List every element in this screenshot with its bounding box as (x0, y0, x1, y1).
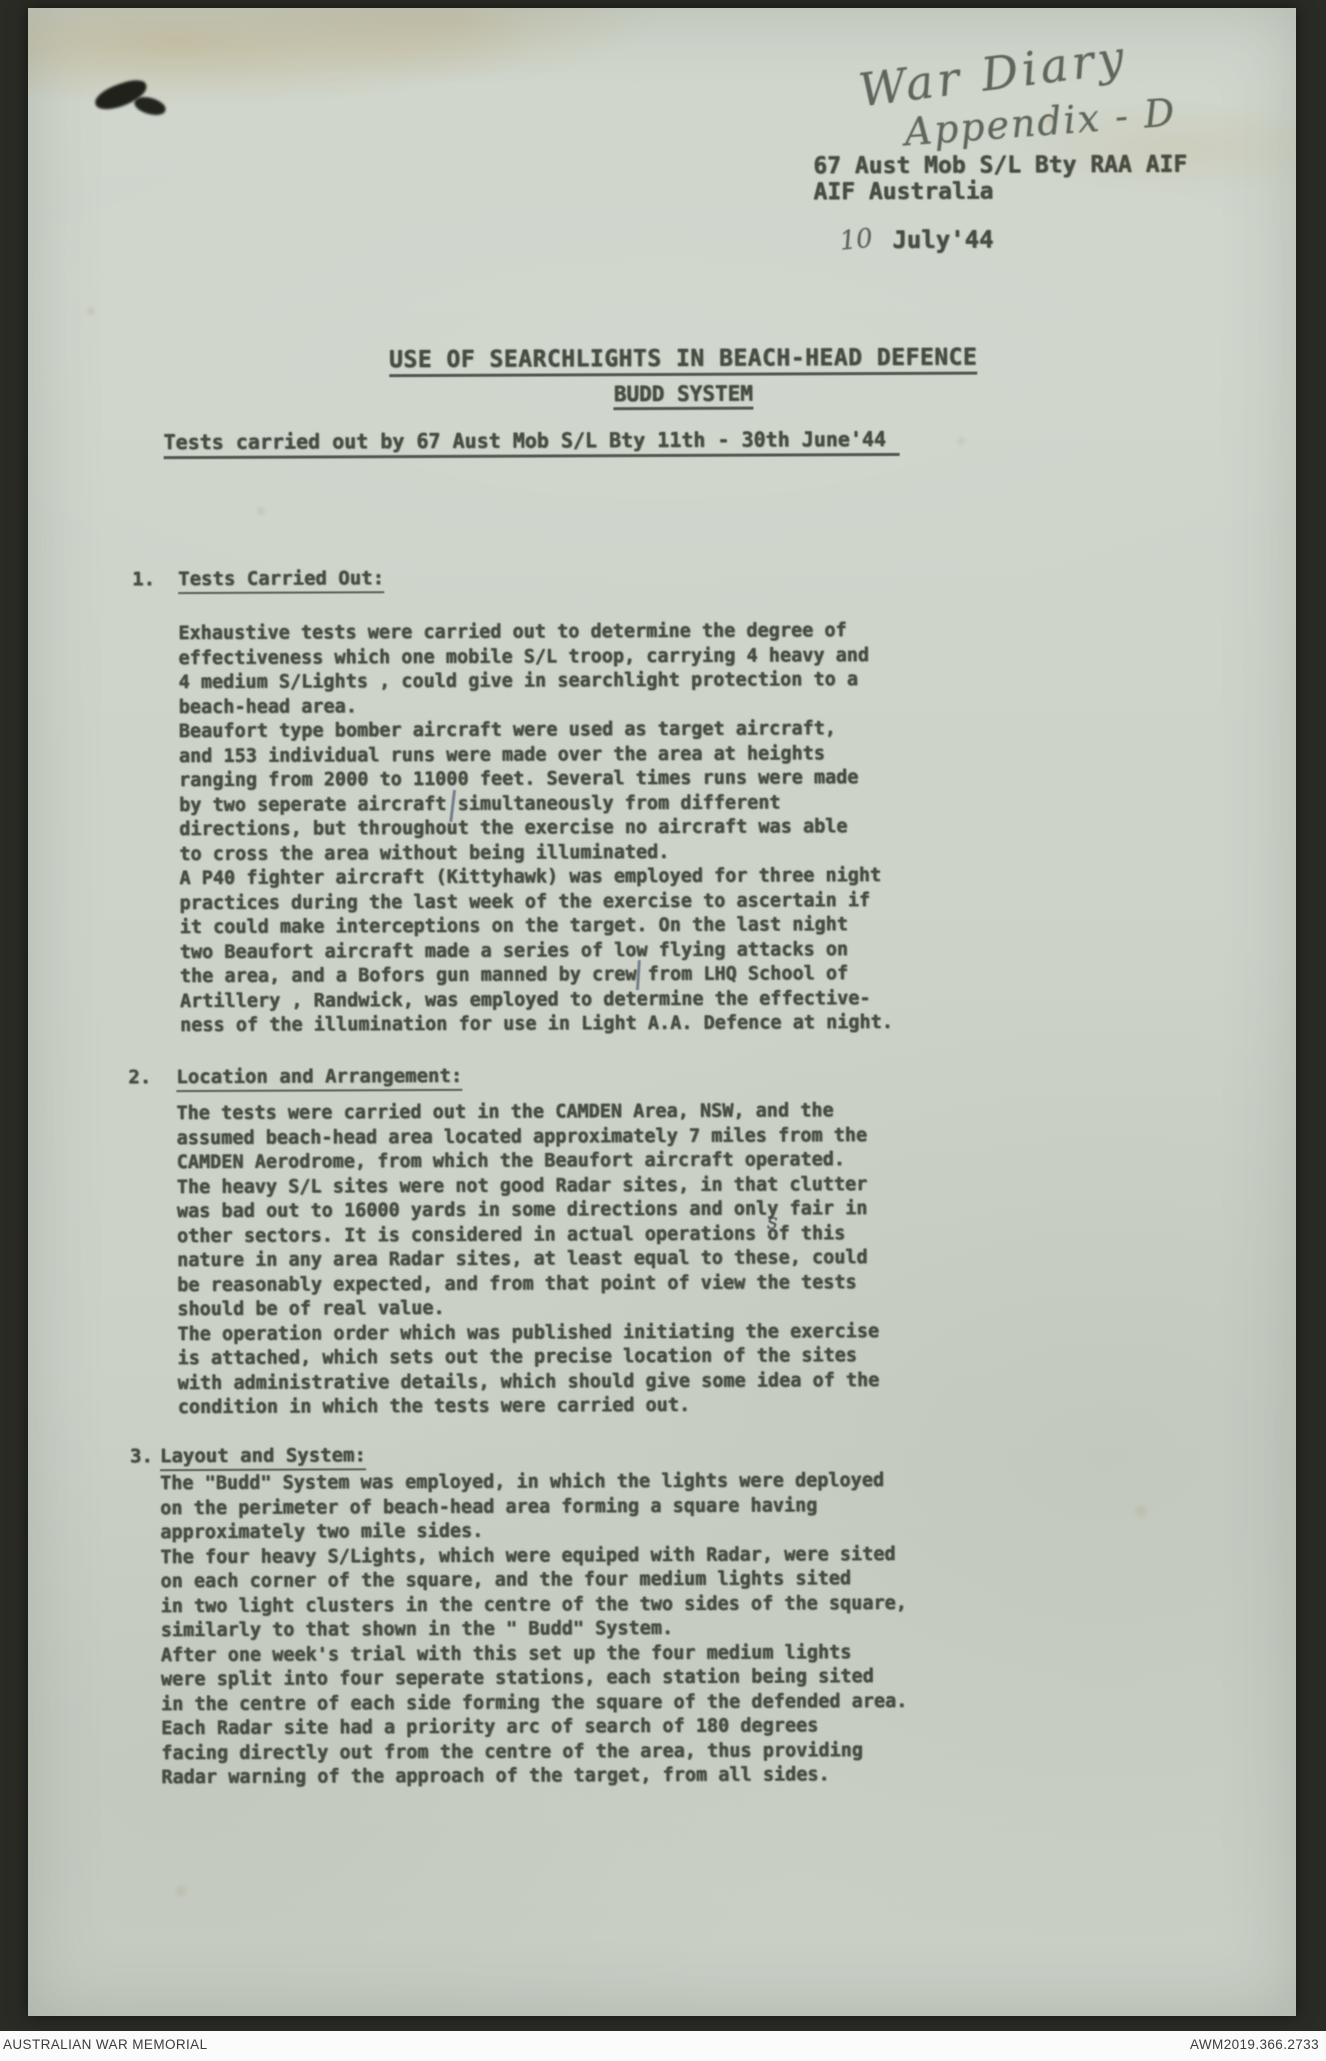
document-subtitle: Tests carried out by 67 Aust Mob S/L Bty… (164, 427, 901, 459)
section-heading: Layout and System: (160, 1444, 366, 1471)
title-line-2: BUDD SYSTEM (614, 382, 753, 411)
typed-line: directions, but throughout the exercise … (179, 815, 892, 843)
typed-line: The "Budd" System was employed, in which… (160, 1469, 906, 1497)
typed-line: 4 medium S/Lights , could give in search… (179, 668, 892, 696)
typed-line: A P40 fighter aircraft (Kittyhawk) was e… (179, 864, 892, 892)
section-body: The "Budd" System was employed, in which… (160, 1469, 908, 1791)
scanned-document-page: War Diary Appendix - D 67 Aust Mob S/L B… (0, 0, 1326, 2061)
unit-line-2: AIF Australia (813, 178, 1187, 206)
typed-line: by two seperate aircraft simultaneously … (179, 790, 892, 818)
typed-line: be reasonably expected, and from that po… (177, 1271, 879, 1299)
typed-line: effectiveness which one mobile S/L troop… (178, 643, 891, 671)
typed-line: and 153 individual runs were made over t… (179, 741, 892, 769)
section-heading: Location and Arrangement: (176, 1065, 462, 1092)
section-body: Exhaustive tests were carried out to det… (178, 619, 893, 1039)
typed-line: After one week's trial with this set up … (161, 1640, 907, 1668)
pencil-annotation-s: s (767, 1209, 778, 1233)
section-number: 1. (132, 568, 155, 590)
typed-line: nature in any area Radar sites, at least… (177, 1246, 879, 1274)
typed-line: the area, and a Bofors gun manned by cre… (180, 962, 893, 990)
archive-footer-bar: AUSTRALIAN WAR MEMORIAL AWM2019.366.2733 (0, 2031, 1326, 2061)
typed-line: The four heavy S/Lights, which were equi… (160, 1542, 906, 1570)
typed-line: with administrative details, which shoul… (178, 1369, 880, 1397)
typed-line: were split into four seperate stations, … (161, 1665, 907, 1693)
typed-line: Each Radar site had a priority arc of se… (161, 1714, 907, 1742)
typed-line: on the perimeter of beach-head area form… (160, 1493, 906, 1521)
typed-line: Exhaustive tests were carried out to det… (178, 619, 891, 647)
typed-line: it could make interceptions on the targe… (180, 913, 893, 941)
document-content: War Diary Appendix - D 67 Aust Mob S/L B… (0, 0, 1326, 2061)
typed-line: facing directly out from the centre of t… (161, 1738, 907, 1766)
typed-line: on each corner of the square, and the fo… (160, 1567, 906, 1595)
typed-line: ness of the illumination for use in Ligh… (180, 1011, 893, 1039)
title-line-1: USE OF SEARCHLIGHTS IN BEACH-HEAD DEFENC… (389, 345, 977, 378)
section-number: 3. (130, 1445, 153, 1467)
section-body: The tests were carried out in the CAMDEN… (176, 1099, 879, 1421)
typed-line: two Beaufort aircraft made a series of l… (180, 937, 893, 965)
typed-line: Beaufort type bomber aircraft were used … (179, 717, 892, 745)
typed-line: in the centre of each side forming the s… (161, 1689, 907, 1717)
typed-line: in two light clusters in the centre of t… (161, 1591, 907, 1619)
typed-line: condition in which the tests were carrie… (178, 1393, 880, 1421)
unit-header: 67 Aust Mob S/L Bty RAA AIF AIF Australi… (813, 152, 1187, 206)
archive-name: AUSTRALIAN WAR MEMORIAL (3, 2037, 207, 2052)
typed-line: similarly to that shown in the " Budd" S… (161, 1616, 907, 1644)
typed-line: ranging from 2000 to 11000 feet. Several… (179, 766, 892, 794)
typed-line: assumed beach-head area located approxim… (177, 1124, 879, 1152)
typed-date: July'44 (892, 226, 993, 254)
typed-line: beach-head area. (179, 692, 892, 720)
typed-line: approximately two mile sides. (160, 1518, 906, 1546)
typed-line: is attached, which sets out the precise … (178, 1344, 880, 1372)
typed-line: Radar warning of the approach of the tar… (161, 1763, 907, 1791)
typed-line: Artillery , Randwick, was employed to de… (180, 986, 893, 1014)
handwritten-date-day: 10 (838, 223, 874, 256)
typed-line: practices during the last week of the ex… (180, 888, 893, 916)
section-number: 2. (128, 1066, 151, 1088)
typed-line: CAMDEN Aerodrome, from which the Beaufor… (177, 1148, 879, 1176)
typed-line: The tests were carried out in the CAMDEN… (176, 1099, 878, 1127)
archive-accession-number: AWM2019.366.2733 (1190, 2037, 1319, 2052)
document-title: USE OF SEARCHLIGHTS IN BEACH-HEAD DEFENC… (377, 345, 989, 412)
typed-line: should be of real value. (177, 1295, 879, 1323)
typed-line: The operation order which was published … (177, 1320, 879, 1348)
date-line: 10 July'44 (840, 225, 994, 256)
section-heading: Tests Carried Out: (178, 567, 384, 594)
typed-line: The heavy S/L sites were not good Radar … (177, 1173, 879, 1201)
unit-line-1: 67 Aust Mob S/L Bty RAA AIF (813, 152, 1187, 180)
typed-line: to cross the area without being illumina… (179, 839, 892, 867)
